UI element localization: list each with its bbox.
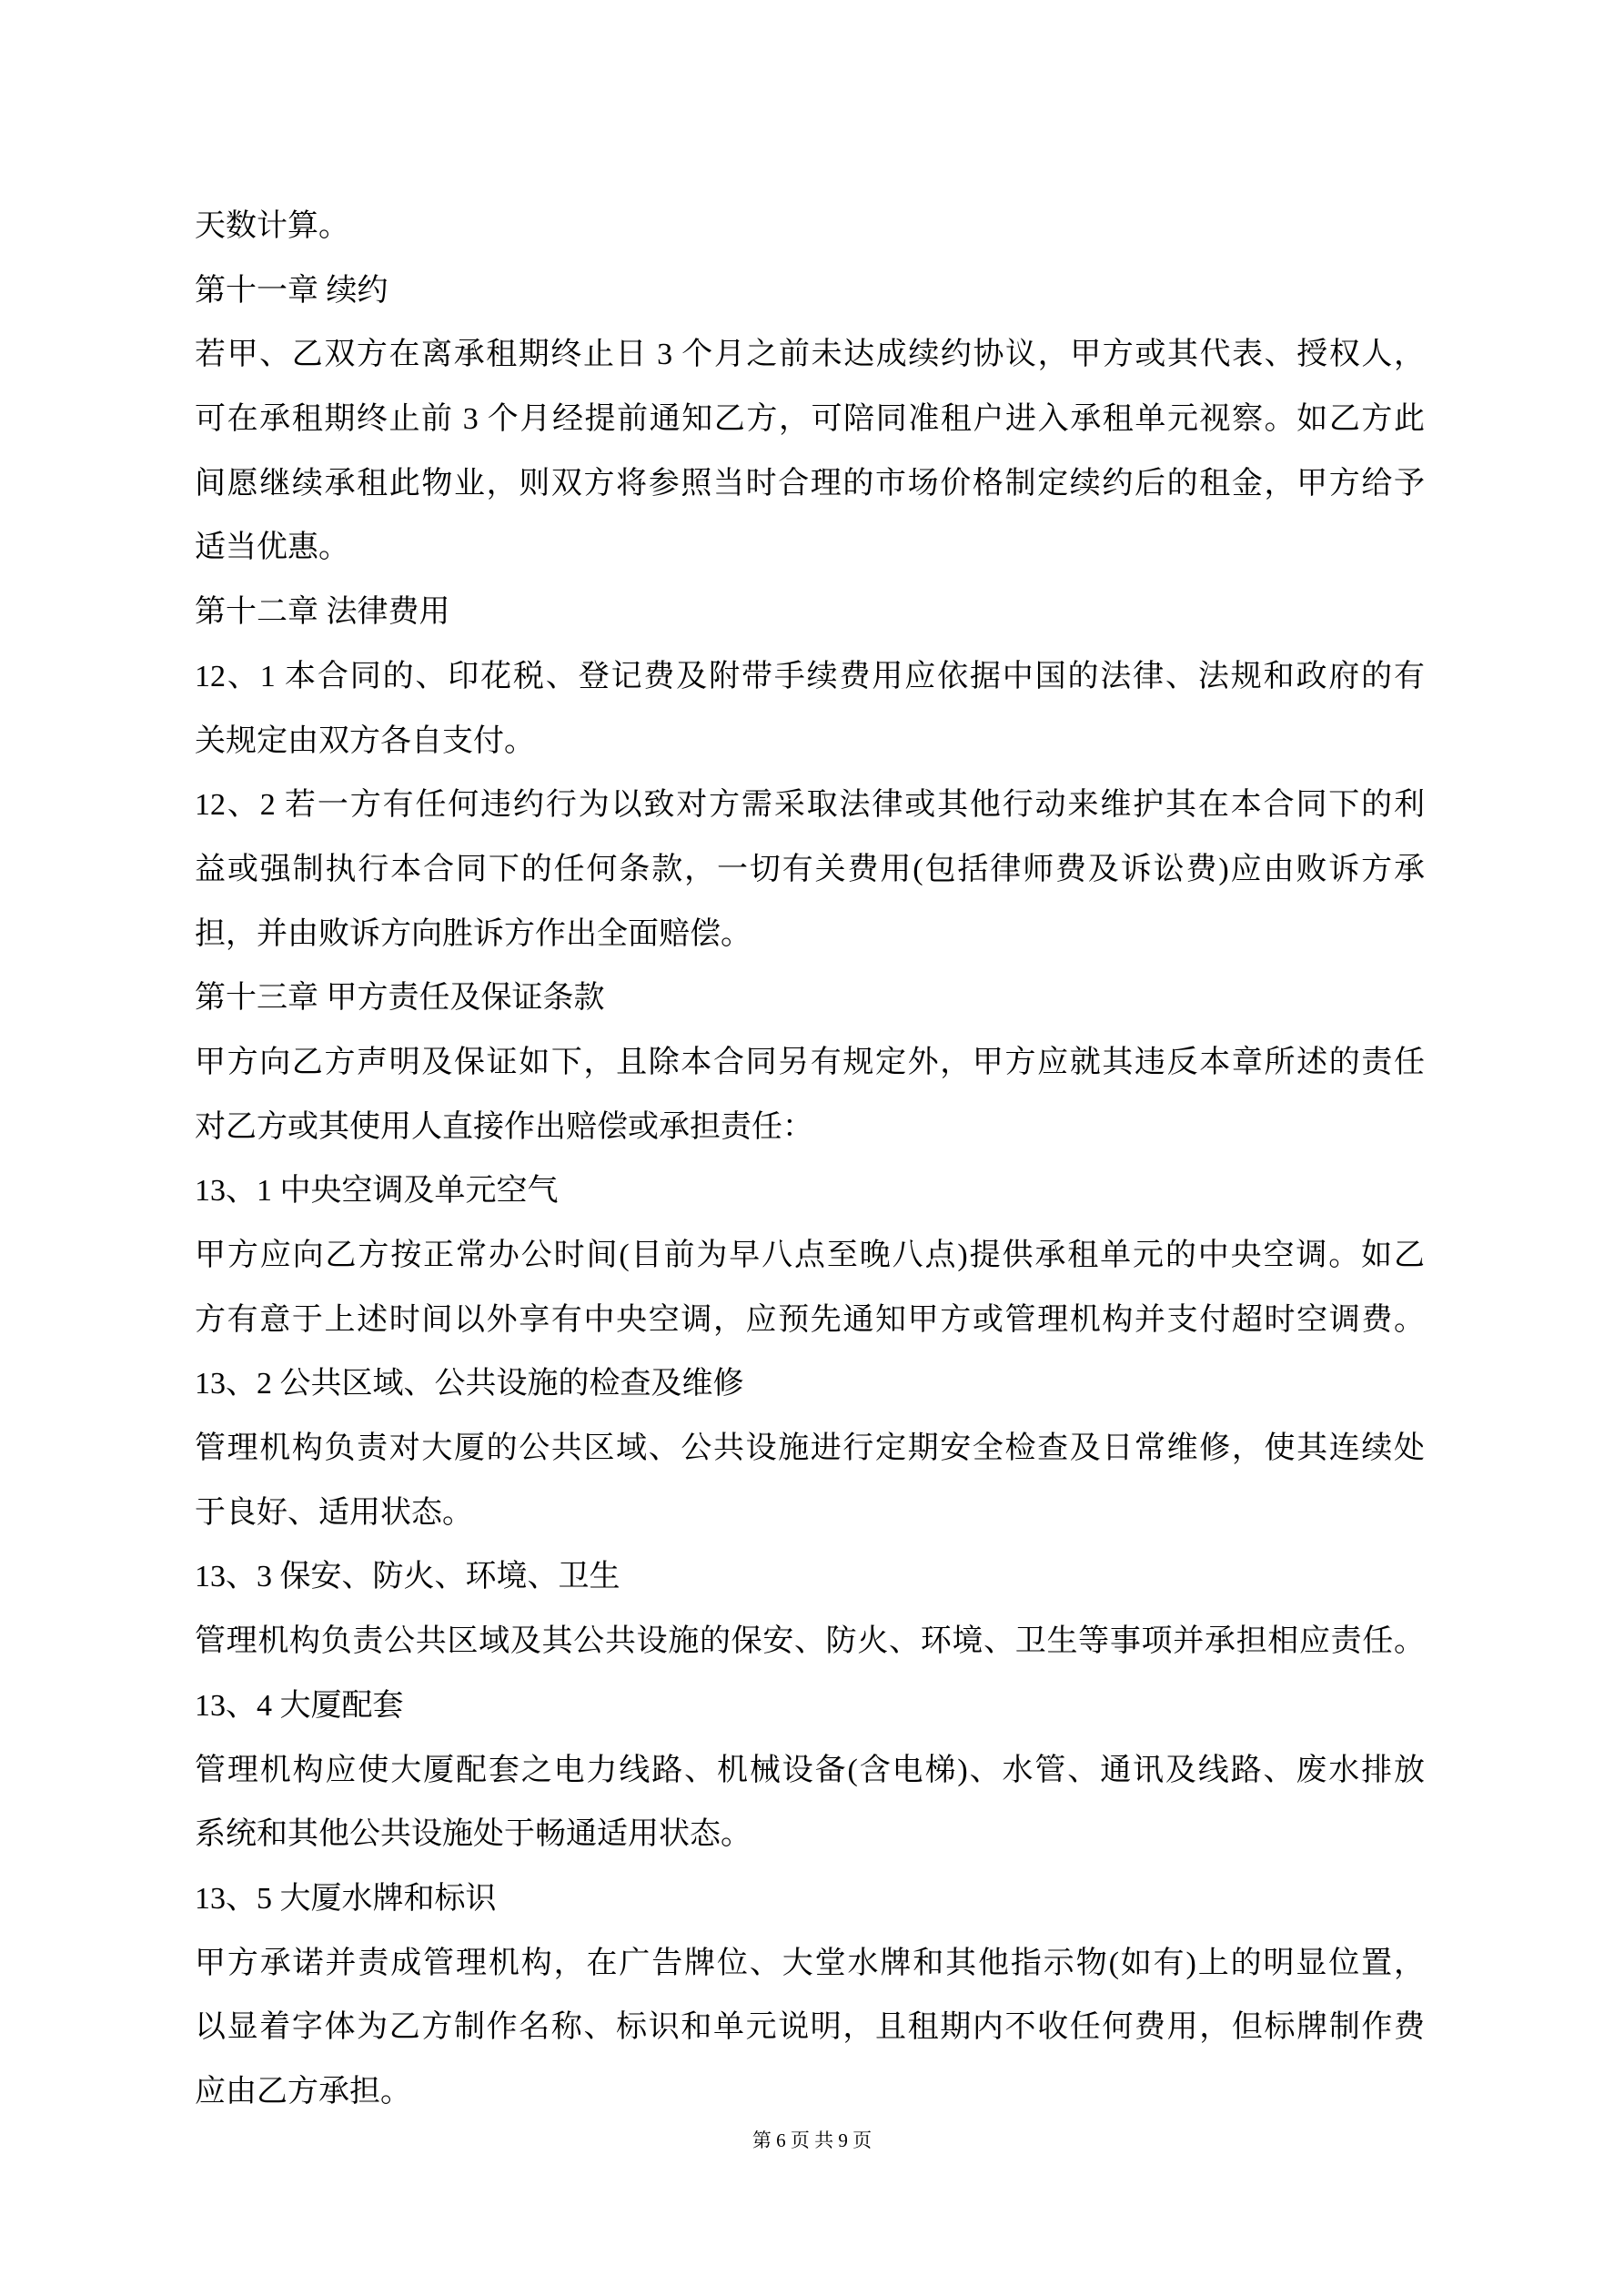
text-line: 第十二章 法律费用	[195, 581, 1425, 645]
text-line: 可在承租期终止前 3 个月经提前通知乙方，可陪同准租户进入承租单元视察。如乙方此	[195, 388, 1425, 452]
text-line: 系统和其他公共设施处于畅通适用状态。	[195, 1803, 1425, 1867]
text-line: 13、5 大厦水牌和标识	[195, 1867, 1425, 1932]
document-body: 天数计算。第十一章 续约若甲、乙双方在离承租期终止日 3 个月之前未达成续约协议…	[195, 195, 1425, 2125]
text-line: 若甲、乙双方在离承租期终止日 3 个月之前未达成续约协议，甲方或其代表、授权人，	[195, 323, 1425, 388]
text-line: 管理机构应使大厦配套之电力线路、机械设备(含电梯)、水管、通讯及线路、废水排放	[195, 1739, 1425, 1804]
document-page: 天数计算。第十一章 续约若甲、乙双方在离承租期终止日 3 个月之前未达成续约协议…	[0, 0, 1624, 2296]
text-line: 甲方应向乙方按正常办公时间(目前为早八点至晚八点)提供承租单元的中央空调。如乙	[195, 1224, 1425, 1289]
text-line: 关规定由双方各自支付。	[195, 710, 1425, 774]
text-line: 适当优惠。	[195, 516, 1425, 581]
text-line: 管理机构负责公共区域及其公共设施的保安、防火、环境、卫生等事项并承担相应责任。	[195, 1610, 1425, 1674]
text-line: 甲方向乙方声明及保证如下，且除本合同另有规定外，甲方应就其违反本章所述的责任	[195, 1031, 1425, 1096]
text-line: 第十三章 甲方责任及保证条款	[195, 966, 1425, 1031]
text-line: 13、2 公共区域、公共设施的检查及维修	[195, 1352, 1425, 1417]
text-line: 于良好、适用状态。	[195, 1482, 1425, 1546]
text-line: 应由乙方承担。	[195, 2060, 1425, 2125]
text-line: 担，并由败诉方向胜诉方作出全面赔偿。	[195, 903, 1425, 967]
text-line: 13、3 保安、防火、环境、卫生	[195, 1545, 1425, 1610]
text-line: 13、4 大厦配套	[195, 1674, 1425, 1739]
text-line: 以显着字体为乙方制作名称、标识和单元说明，且租期内不收任何费用，但标牌制作费	[195, 1996, 1425, 2060]
text-line: 益或强制执行本合同下的任何条款，一切有关费用(包括律师费及诉讼费)应由败诉方承	[195, 838, 1425, 903]
text-line: 管理机构负责对大厦的公共区域、公共设施进行定期安全检查及日常维修，使其连续处	[195, 1417, 1425, 1482]
text-line: 12、1 本合同的、印花税、登记费及附带手续费用应依据中国的法律、法规和政府的有	[195, 645, 1425, 710]
text-line: 甲方承诺并责成管理机构，在广告牌位、大堂水牌和其他指示物(如有)上的明显位置，	[195, 1932, 1425, 1997]
text-line: 天数计算。	[195, 195, 1425, 259]
text-line: 第十一章 续约	[195, 259, 1425, 324]
text-line: 对乙方或其使用人直接作出赔偿或承担责任：	[195, 1096, 1425, 1160]
page-number: 第 6 页 共 9 页	[0, 2128, 1624, 2153]
text-line: 12、2 若一方有任何违约行为以致对方需采取法律或其他行动来维护其在本合同下的利	[195, 774, 1425, 838]
text-line: 13、1 中央空调及单元空气	[195, 1159, 1425, 1224]
text-line: 方有意于上述时间以外享有中央空调，应预先通知甲方或管理机构并支付超时空调费。	[195, 1289, 1425, 1353]
text-line: 间愿继续承租此物业，则双方将参照当时合理的市场价格制定续约后的租金，甲方给予	[195, 452, 1425, 517]
